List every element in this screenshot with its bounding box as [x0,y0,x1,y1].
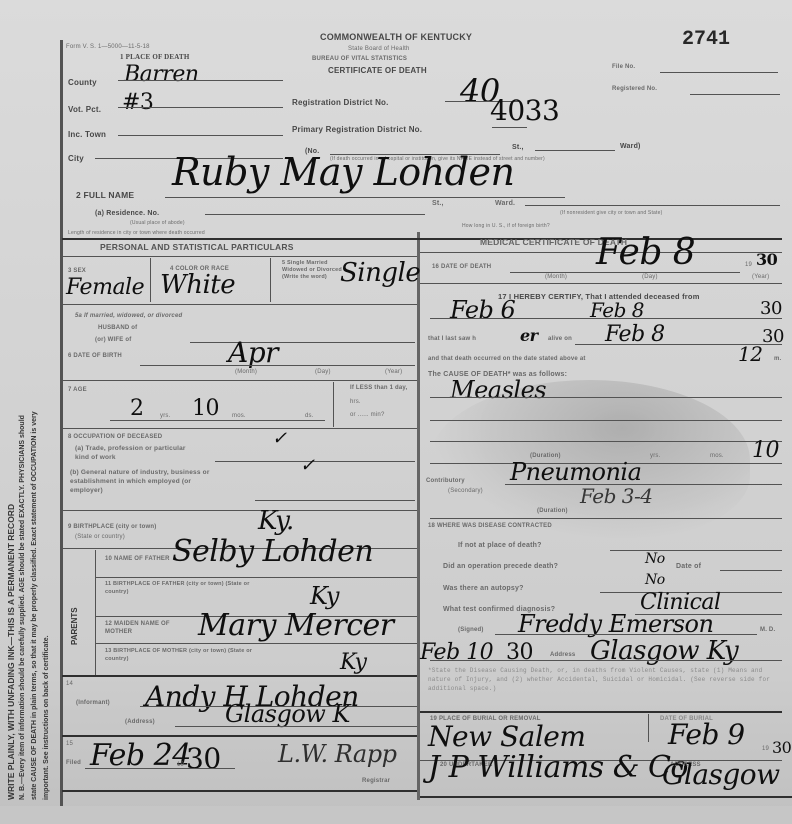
death-time-suffix: m. [774,356,781,362]
dob-month-label: (Month) [235,369,257,375]
age-section-line [62,428,417,429]
spouse-label-1: 5a If married, widowed, or divorced [75,313,182,319]
father-line [96,577,417,578]
center-divider [417,232,420,800]
spouse-label-3: (or) WIFE of [95,337,131,343]
occupation-a-label: (a) Trade, profession or particular kind… [75,444,195,462]
operation-value: No [645,551,665,567]
informant-label: (Informant) [76,700,110,706]
occupation-a-value: ✓ [272,428,287,449]
age-line [110,420,325,421]
left-border [60,40,63,810]
age-months: 10 [192,396,219,421]
contracted-label: 18 WHERE WAS DISEASE CONTRACTED [428,523,552,529]
age-years: 2 [130,396,144,421]
date-of-label: Date of [676,563,701,570]
marital-label: 5 Single Married Widowed or Divorced (Wr… [282,260,342,281]
commonwealth-title: COMMONWEALTH OF KENTUCKY [320,32,472,42]
footnote-line [420,711,782,713]
personal-title-line [62,256,417,257]
hrs-label: hrs. [350,399,361,405]
date-of-death-line [510,272,740,273]
full-name-value: Ruby May Lohden [172,150,514,194]
date-of-death-year-prefix: 19 [745,262,752,268]
informant-address-line [175,726,417,727]
date-of-death-label: 16 DATE OF DEATH [432,264,491,270]
mother-line [96,643,417,644]
residence-note: (Usual place of abode) [130,220,185,226]
residence-ward-label: Ward. [495,200,515,207]
age-label: 7 AGE [68,387,87,393]
signed-year: 30 [506,640,533,665]
parents-divider [95,550,96,675]
dob-year-label: (Year) [385,369,402,375]
death-time-label: and that death occurred on the date stat… [428,356,586,362]
vot-pct-line [118,107,283,108]
sex-label: 3 SEX [68,268,86,274]
last-saw-label: that I last saw h [428,336,476,342]
death-year-label: (Year) [752,274,769,280]
occupation-b-value: ✓ [300,455,315,476]
full-name-label: 2 FULL NAME [76,190,134,200]
mother-birthplace-value: Ky [340,650,366,675]
birthplace-value: Ky. [258,506,294,536]
parents-side-label: PARENTS [70,607,79,645]
cause-line-3 [430,441,782,442]
death-month-label: (Month) [545,274,567,280]
cause-line-1 [430,397,782,398]
parents-section-line [62,675,417,677]
marital-line [62,304,417,305]
duration-mos-label: mos. [710,453,724,459]
occupation-b-line [255,500,415,501]
secondary-label: (Secondary) [448,488,483,494]
ward-label: Ward) [620,143,641,150]
occupation-b-label: (b) General nature of industry, business… [70,468,220,495]
filed-section-line [62,790,417,792]
vot-pct-label: Vot. Pct. [68,105,101,114]
contributory-duration-label: (Duration) [537,508,568,514]
filed-number: 15 [66,741,73,747]
burial-year-prefix: 19 [762,746,769,752]
primary-registration-value: 4033 [490,94,559,127]
street-line [535,150,615,151]
autopsy-value: No [645,572,665,588]
city-label: City [68,154,84,163]
burial-place: New Salem [428,720,585,753]
color-divider [270,258,271,302]
min-label: or ...... min? [350,412,384,418]
autopsy-label: Was there an autopsy? [443,585,524,592]
father-label: 10 NAME OF FATHER [105,555,175,563]
color-value: White [160,270,235,300]
cause-footnote: *State the Disease Causing Death, or, in… [428,666,778,693]
contributory-duration: Feb 3-4 [580,484,653,508]
birthplace-label: 9 BIRTHPLACE (city or town) [68,524,156,530]
residence-line [205,214,425,215]
cause-line-2 [430,420,782,421]
cause-value: Measles [450,376,546,404]
death-day-label: (Day) [642,274,658,280]
father-value: Selby Lohden [172,534,373,569]
last-saw-pronoun: er [520,326,538,345]
stamp-number: 2741 [682,28,730,51]
length-residence-label: Length of residence in city or town wher… [68,230,205,236]
margin-line-4: important. See instructions on back of c… [43,635,50,800]
medical-address-label: Address [550,652,575,658]
undertaker-value: J P Williams & Co [428,750,688,785]
attended-line [430,318,782,319]
contributory-label: Contributory [426,478,465,484]
death-certificate: WRITE PLAINLY, WITH UNFADING INK—THIS IS… [0,0,792,824]
residence-st-label: St., [432,200,444,207]
cause-duration: 10 [752,438,779,463]
death-time-value: 12 [738,342,762,366]
birthplace-sub-label: (State or country) [75,534,125,540]
medical-address: Glasgow Ky [590,636,738,666]
duration-yrs-label: yrs. [650,453,660,459]
vot-pct-value: #3 [122,90,153,115]
registered-no-label: Registered No. [612,86,657,92]
mother-label: 12 MAIDEN NAME OF MOTHER [105,620,185,636]
attended-from: Feb 6 [450,296,515,324]
burial-divider [648,714,649,742]
informant-number: 14 [66,681,73,687]
registrar-label: Registrar [362,778,390,784]
filed-year: 30 [186,742,221,775]
county-line [118,80,283,81]
spouse-line [190,342,415,343]
contributory-value: Pneumonia [510,458,641,486]
age-divider [333,382,334,427]
burial-year: 30 [772,738,791,757]
mother-value: Mary Mercer [198,608,394,643]
date-of-death-year: 30 [756,250,777,269]
filed-label: Filed [66,760,81,766]
sex-divider [150,258,151,302]
dob-line [140,365,415,366]
occupation-section-line [62,510,417,511]
occupation-a-line [215,461,415,462]
residence-ward-line [525,205,780,206]
medical-address-line [430,660,782,661]
foreign-birth-label: How long in U. S., if of foreign birth? [462,223,550,229]
county-label: County [68,78,97,87]
signed-date: Feb 10 [420,640,493,665]
age-ds-label: ds. [305,413,314,419]
operation-label: Did an operation precede death? [443,563,558,570]
primary-registration-label: Primary Registration District No. [292,125,422,134]
marital-value: Single [340,258,420,288]
attended-to-year: 30 [760,298,782,319]
sex-value: Female [66,275,144,300]
operation-line [720,570,782,571]
margin-line-3: state CAUSE OF DEATH in plain terms, so … [31,411,38,800]
date-of-death-section-line [420,283,782,284]
inc-town-line [118,135,283,136]
signed-label: (Signed) [458,627,484,633]
informant-address-label: (Address) [125,719,155,725]
md-label: M. D. [760,627,775,633]
inc-town-label: Inc. Town [68,130,106,139]
dob-section-line [62,380,417,381]
registrar-signature: L.W. Rapp [278,740,396,768]
less-than-day-label: If LESS than 1 day, [350,385,407,391]
contributory-section-line [430,518,782,519]
dob-day-label: (Day) [315,369,331,375]
father-birthplace-label: 11 BIRTHPLACE OF FATHER (city or town) (… [105,580,255,596]
filed-line [85,768,235,769]
bottom-edge [0,806,792,824]
alive-on-label: alive on [548,336,572,342]
not-at-place-line [610,550,782,551]
burial-section-line [420,796,792,798]
undertaker-address: Glasgow [662,758,780,791]
residence-label: (a) Residence. No. [95,210,159,217]
age-mos-label: mos. [232,413,246,419]
informant-address: Glasgow K [225,700,350,728]
bureau-title: BUREAU OF VITAL STATISTICS [312,56,407,62]
spouse-label-2: HUSBAND of [98,325,137,331]
occupation-title: 8 OCCUPATION OF DECEASED [68,434,162,440]
form-number: Form V. S. 1—5000—11-5-18 [66,44,150,50]
not-at-place-label: If not at place of death? [458,542,542,549]
board-of-health: State Board of Health [348,46,410,52]
age-yrs-label: yrs. [160,413,170,419]
registration-district-label: Registration District No. [292,98,389,107]
primary-registration-line [492,127,527,128]
date-of-death-value: Feb 8 [596,232,695,273]
dob-label: 6 DATE OF BIRTH [68,353,122,359]
file-no-line [660,72,778,73]
margin-line-1: WRITE PLAINLY, WITH UNFADING INK—THIS IS… [6,504,16,800]
signed-line [495,634,757,635]
margin-line-2: N. B.—Every item of information should b… [19,415,26,800]
burial-date: Feb 9 [668,718,745,751]
place-of-death-label: 1 PLACE OF DEATH [120,53,190,61]
registered-no-line [690,94,780,95]
certificate-title: CERTIFICATE OF DEATH [328,66,427,75]
personal-section-title: PERSONAL AND STATISTICAL PARTICULARS [100,242,294,252]
county-value: Barren [124,62,199,87]
informant-section-line [62,735,417,737]
nonresident-note: (If nonresident give city or town and St… [560,210,662,216]
file-no-label: File No. [612,64,635,70]
full-name-line [165,197,565,198]
mother-birthplace-label: 13 BIRTHPLACE OF MOTHER (city or town) (… [105,647,255,663]
father-birthplace-value: Ky [310,582,339,610]
